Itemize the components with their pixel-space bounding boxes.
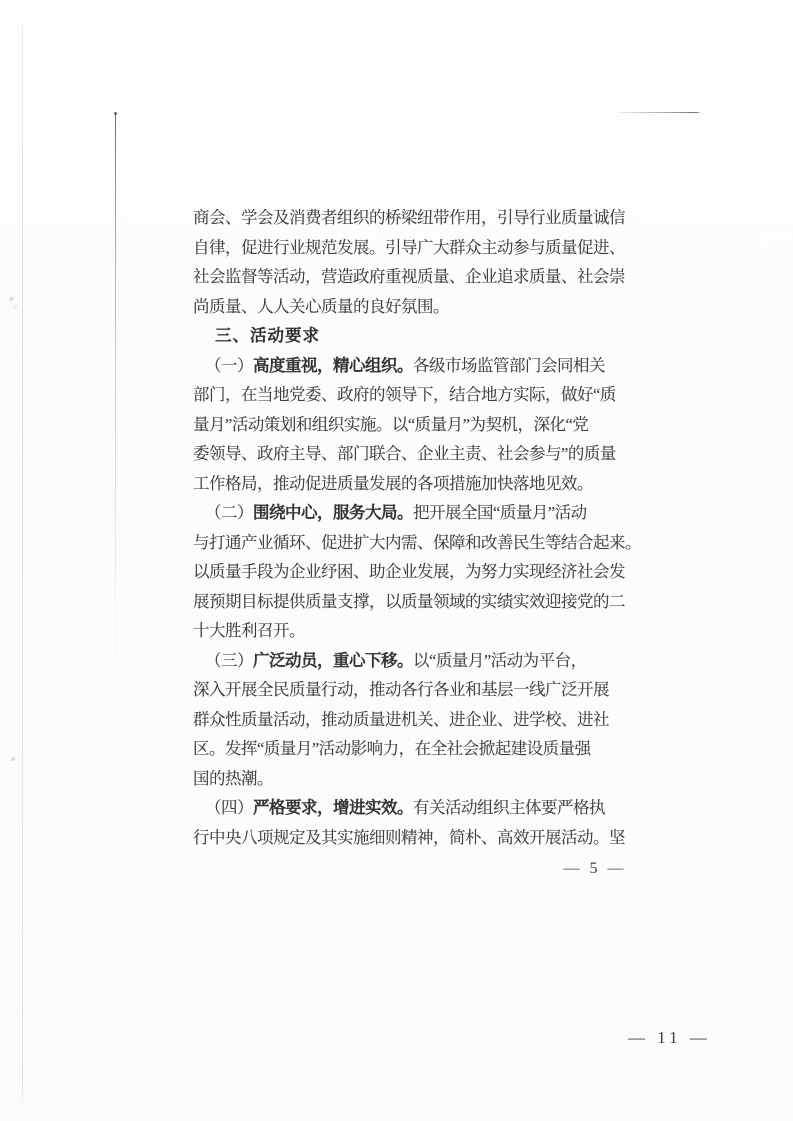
paragraph-lead: 高度重视，精心组织。 <box>253 356 413 375</box>
text-line: 自律，促进行业规范发展。引导广大群众主动参与质量促进、 <box>193 233 641 263</box>
text-line: （三）广泛动员，重心下移。以“质量月”活动为平台， <box>193 646 641 676</box>
section-heading: 三、活动要求 <box>193 321 641 351</box>
paragraph-lead: 严格要求，增进实效。 <box>253 798 413 817</box>
scanned-page: 商会、学会及消费者组织的桥梁纽带作用，引导行业质量诚信自律，促进行业规范发展。引… <box>0 0 793 1121</box>
paragraph-lead: 围绕中心，服务大局。 <box>253 503 413 522</box>
scan-speck <box>9 297 14 301</box>
paragraph-number: （三） <box>205 651 253 670</box>
text-line: 尚质量、人人关心质量的良好氛围。 <box>193 292 641 322</box>
text-line: 商会、学会及消费者组织的桥梁纽带作用，引导行业质量诚信 <box>193 203 641 233</box>
paragraph-number: （一） <box>205 356 253 375</box>
text-line: 量月”活动策划和组织实施。以“质量月”为契机，深化“党 <box>193 410 641 440</box>
text-line: 群众性质量活动，推动质量进机关、进企业、进学校、进社 <box>193 705 641 735</box>
text-line: 部门，在当地党委、政府的领导下，结合地方实际，做好“质 <box>193 380 641 410</box>
text-line: 深入开展全民质量行动，推动各行各业和基层一线广泛开展 <box>193 675 641 705</box>
paragraph-number: （四） <box>205 798 253 817</box>
text-line: 以质量手段为企业纾困、助企业发展，为努力实现经济社会发 <box>193 557 641 587</box>
scan-speck <box>11 757 15 761</box>
text-line: 委领导、政府主导、部门联合、企业主责、社会参与”的质量 <box>193 439 641 469</box>
text-line: 区。发挥“质量月”活动影响力，在全社会掀起建设质量强 <box>193 734 641 764</box>
text-line: （二）围绕中心，服务大局。把开展全国“质量月”活动 <box>193 498 641 528</box>
scan-streak-fold-line <box>115 112 116 692</box>
scan-streak-fold-dot <box>114 112 117 115</box>
paragraph-number: （二） <box>205 503 253 522</box>
document-text-block: 商会、学会及消费者组织的桥梁纽带作用，引导行业质量诚信自律，促进行业规范发展。引… <box>193 203 641 852</box>
text-line: （四）严格要求，增进实效。有关活动组织主体要严格执 <box>193 793 641 823</box>
paragraph-lead: 广泛动员，重心下移。 <box>253 651 413 670</box>
sheet-page-number: — 11 — <box>628 1028 711 1048</box>
text-line: 展预期目标提供质量支撑，以质量领域的实绩实效迎接党的二 <box>193 587 641 617</box>
text-line: 与打通产业循环、促进扩大内需、保障和改善民生等结合起来。 <box>193 528 641 558</box>
text-line: 社会监督等活动，营造政府重视质量、企业追求质量、社会崇 <box>193 262 641 292</box>
text-line: 行中央八项规定及其实施细则精神，简朴、高效开展活动。坚 <box>193 823 641 853</box>
text-line: 十大胜利召开。 <box>193 616 641 646</box>
text-line: 国的热潮。 <box>193 764 641 794</box>
scan-streak-left-edge <box>22 22 23 1112</box>
text-line: 工作格局，推动促进质量发展的各项措施加快落地见效。 <box>193 469 641 499</box>
text-line: （一）高度重视，精心组织。各级市场监管部门会同相关 <box>193 351 641 381</box>
scan-streak-top-right <box>619 112 700 113</box>
document-page-number: — 5 — <box>560 860 630 878</box>
